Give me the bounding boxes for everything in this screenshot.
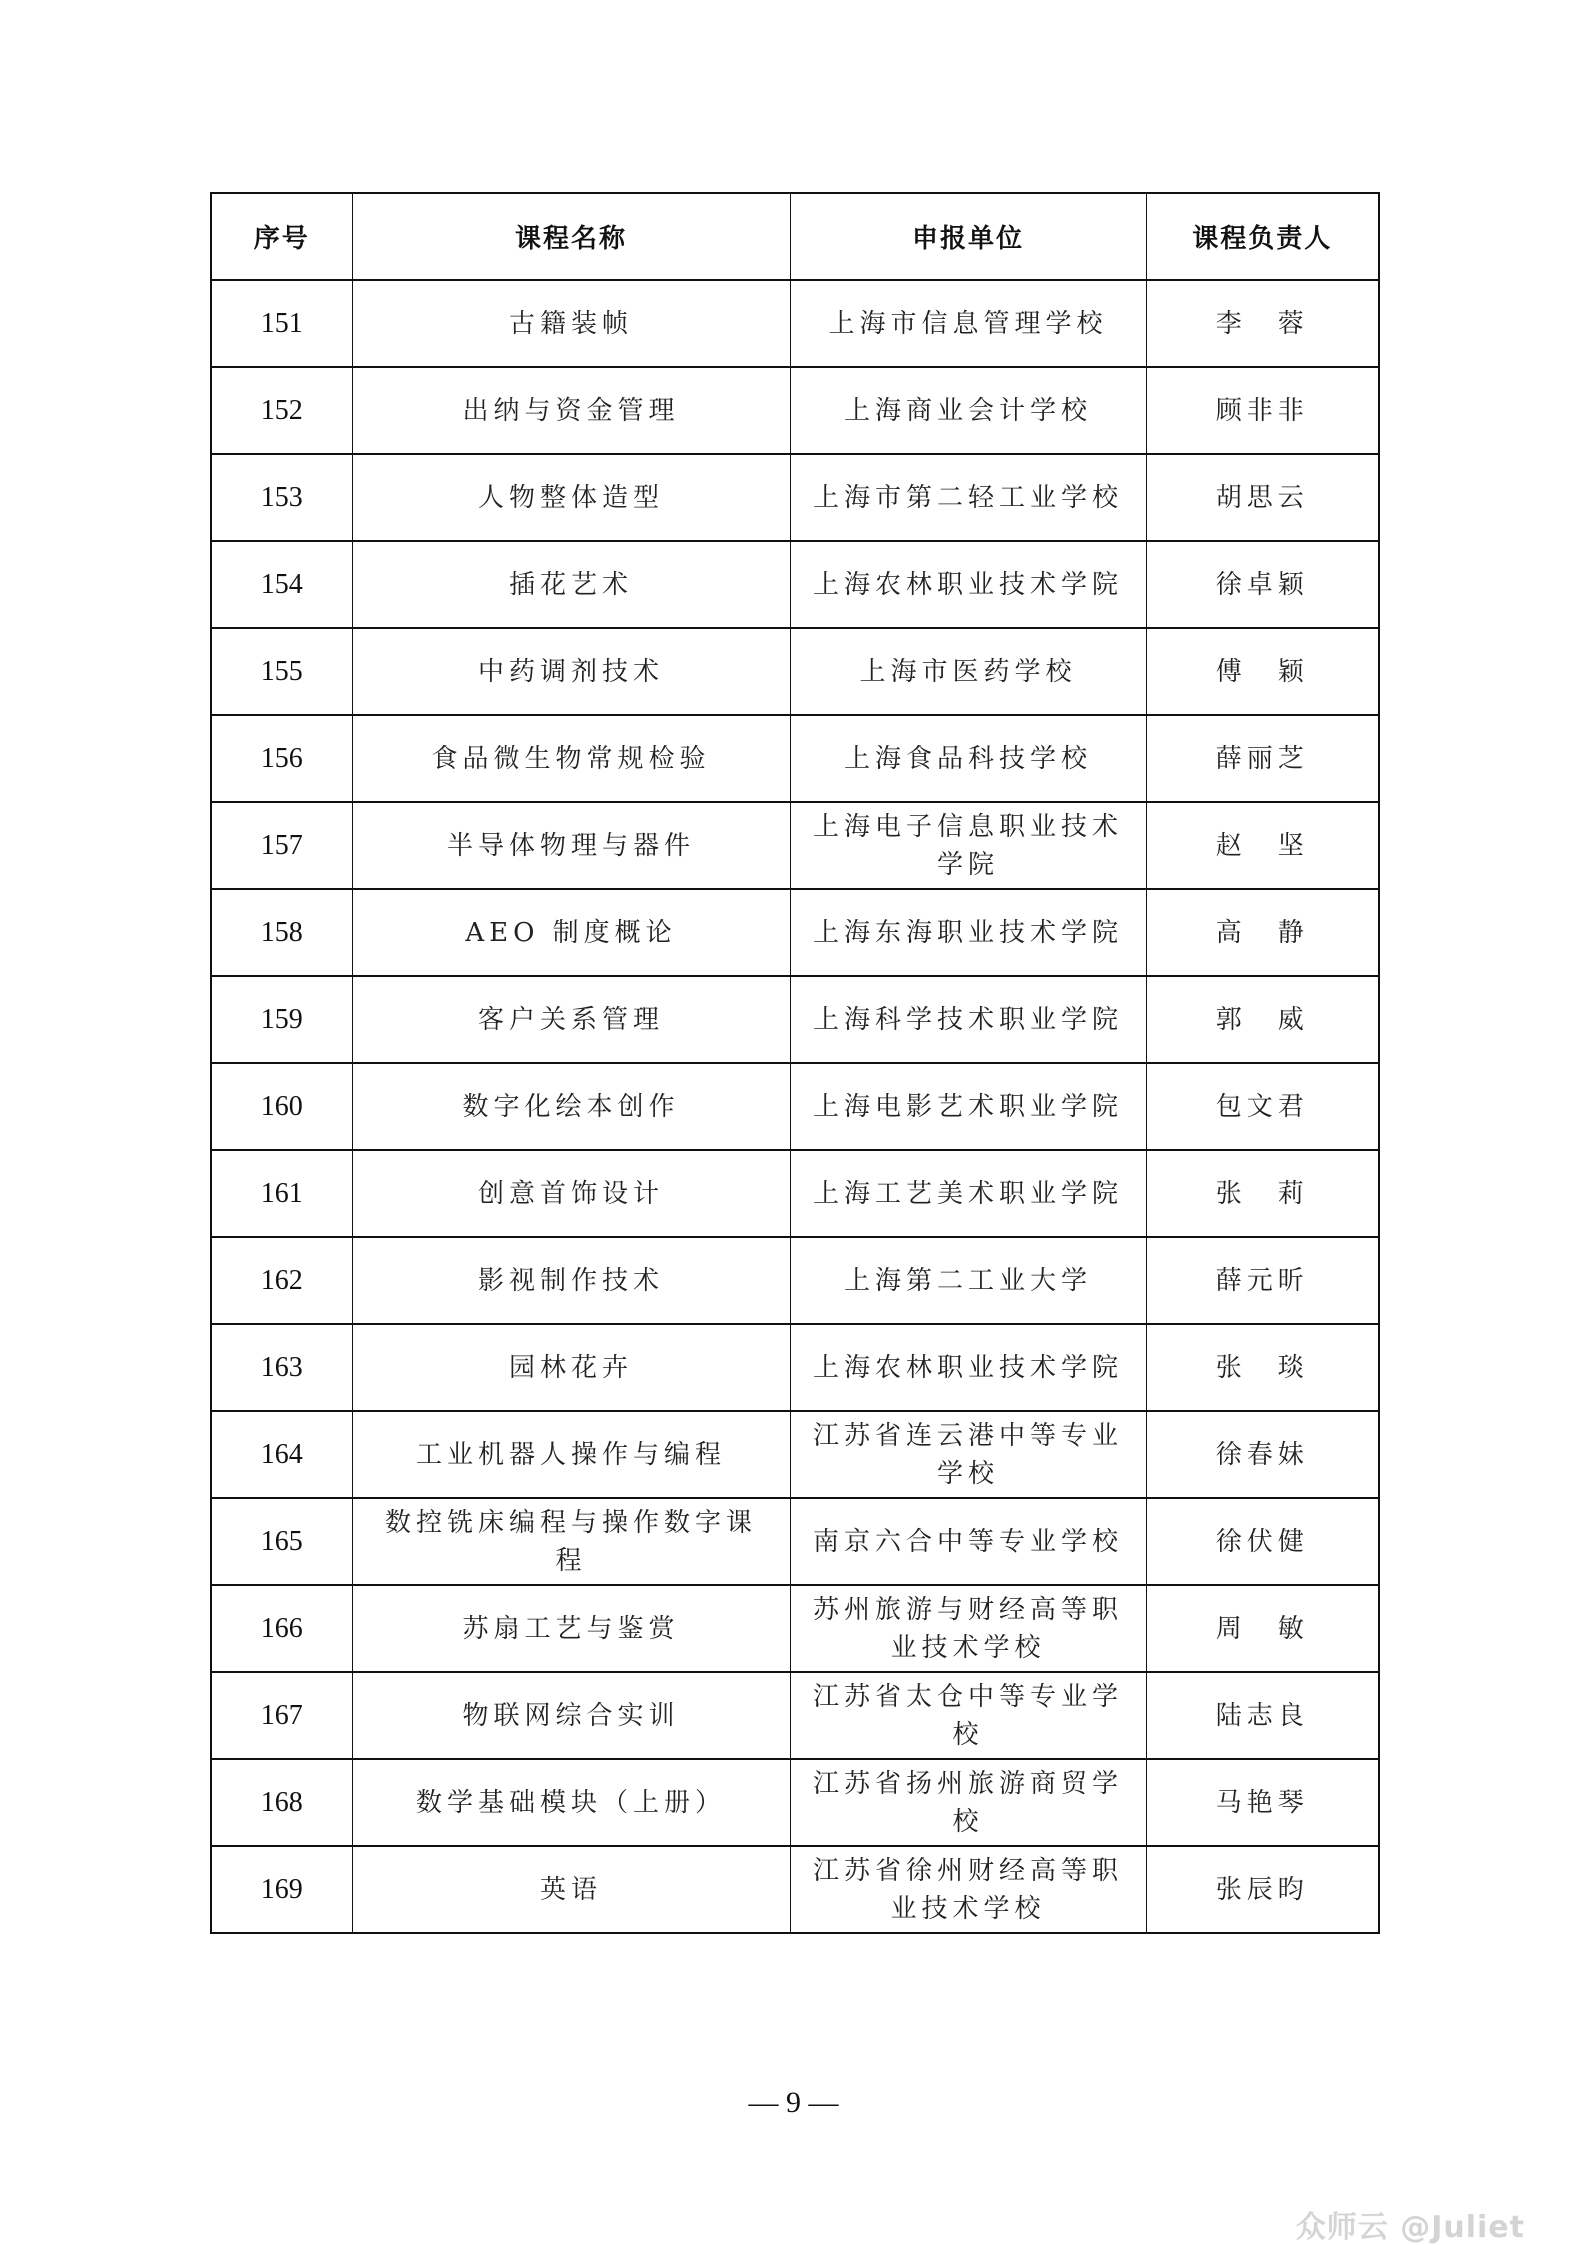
- cell-course-name: 工业机器人操作与编程: [352, 1411, 790, 1498]
- cell-course-name: 创意首饰设计: [352, 1150, 790, 1237]
- cell-course-name: 客户关系管理: [352, 976, 790, 1063]
- cell-number: 159: [211, 976, 352, 1063]
- table-row: 152出纳与资金管理上海商业会计学校顾非非: [211, 367, 1379, 454]
- cell-number: 154: [211, 541, 352, 628]
- cell-course-name: 英语: [352, 1846, 790, 1933]
- cell-applicant-unit: 上海市信息管理学校: [790, 280, 1146, 367]
- cell-course-lead: 赵 坚: [1146, 802, 1379, 889]
- cell-applicant-unit: 上海电子信息职业技术学院: [790, 802, 1146, 889]
- cell-course-name: 半导体物理与器件: [352, 802, 790, 889]
- table-row: 161创意首饰设计上海工艺美术职业学院张 莉: [211, 1150, 1379, 1237]
- cell-applicant-unit: 上海商业会计学校: [790, 367, 1146, 454]
- cell-applicant-unit: 上海农林职业技术学院: [790, 1324, 1146, 1411]
- cell-number: 156: [211, 715, 352, 802]
- table-row: 159客户关系管理上海科学技术职业学院郭 威: [211, 976, 1379, 1063]
- cell-number: 153: [211, 454, 352, 541]
- cell-number: 166: [211, 1585, 352, 1672]
- header-applicant-unit: 申报单位: [790, 193, 1146, 280]
- table-row: 157半导体物理与器件上海电子信息职业技术学院赵 坚: [211, 802, 1379, 889]
- cell-applicant-unit: 上海农林职业技术学院: [790, 541, 1146, 628]
- cell-applicant-unit: 南京六合中等专业学校: [790, 1498, 1146, 1585]
- cell-course-name: 插花艺术: [352, 541, 790, 628]
- table-row: 169英语江苏省徐州财经高等职业技术学校张辰昀: [211, 1846, 1379, 1933]
- cell-number: 158: [211, 889, 352, 976]
- table-row: 158AEO 制度概论上海东海职业技术学院高 静: [211, 889, 1379, 976]
- cell-number: 169: [211, 1846, 352, 1933]
- table-row: 167物联网综合实训江苏省太仓中等专业学校陆志良: [211, 1672, 1379, 1759]
- cell-course-lead: 薛元昕: [1146, 1237, 1379, 1324]
- table-header-row: 序号 课程名称 申报单位 课程负责人: [211, 193, 1379, 280]
- cell-number: 167: [211, 1672, 352, 1759]
- cell-applicant-unit: 江苏省徐州财经高等职业技术学校: [790, 1846, 1146, 1933]
- cell-number: 160: [211, 1063, 352, 1150]
- cell-course-name: 园林花卉: [352, 1324, 790, 1411]
- cell-applicant-unit: 上海东海职业技术学院: [790, 889, 1146, 976]
- header-number: 序号: [211, 193, 352, 280]
- cell-course-name: 数学基础模块（上册）: [352, 1759, 790, 1846]
- watermark: 众师云 @Juliet: [1296, 2202, 1525, 2245]
- cell-applicant-unit: 上海工艺美术职业学院: [790, 1150, 1146, 1237]
- cell-applicant-unit: 江苏省扬州旅游商贸学校: [790, 1759, 1146, 1846]
- table-row: 154插花艺术上海农林职业技术学院徐卓颖: [211, 541, 1379, 628]
- cell-course-name: 影视制作技术: [352, 1237, 790, 1324]
- cell-course-lead: 胡思云: [1146, 454, 1379, 541]
- cell-course-lead: 周 敏: [1146, 1585, 1379, 1672]
- cell-applicant-unit: 上海市医药学校: [790, 628, 1146, 715]
- cell-course-lead: 顾非非: [1146, 367, 1379, 454]
- cell-number: 161: [211, 1150, 352, 1237]
- cell-course-lead: 张辰昀: [1146, 1846, 1379, 1933]
- cell-number: 151: [211, 280, 352, 367]
- cell-applicant-unit: 江苏省太仓中等专业学校: [790, 1672, 1146, 1759]
- table-body: 151古籍装帧上海市信息管理学校李 蓉152出纳与资金管理上海商业会计学校顾非非…: [211, 280, 1379, 1933]
- table-row: 162影视制作技术上海第二工业大学薛元昕: [211, 1237, 1379, 1324]
- cell-course-lead: 薛丽芝: [1146, 715, 1379, 802]
- table-row: 151古籍装帧上海市信息管理学校李 蓉: [211, 280, 1379, 367]
- cell-course-name: 物联网综合实训: [352, 1672, 790, 1759]
- cell-applicant-unit: 苏州旅游与财经高等职业技术学校: [790, 1585, 1146, 1672]
- cell-number: 152: [211, 367, 352, 454]
- cell-course-lead: 傅 颖: [1146, 628, 1379, 715]
- cell-course-lead: 高 静: [1146, 889, 1379, 976]
- header-course-name: 课程名称: [352, 193, 790, 280]
- cell-course-lead: 徐卓颖: [1146, 541, 1379, 628]
- table-row: 165数控铣床编程与操作数字课程南京六合中等专业学校徐伏健: [211, 1498, 1379, 1585]
- cell-number: 155: [211, 628, 352, 715]
- course-table: 序号 课程名称 申报单位 课程负责人 151古籍装帧上海市信息管理学校李 蓉15…: [210, 192, 1380, 1934]
- cell-course-name: 苏扇工艺与鉴赏: [352, 1585, 790, 1672]
- cell-number: 164: [211, 1411, 352, 1498]
- cell-course-lead: 陆志良: [1146, 1672, 1379, 1759]
- cell-course-name: 数字化绘本创作: [352, 1063, 790, 1150]
- cell-course-lead: 包文君: [1146, 1063, 1379, 1150]
- cell-applicant-unit: 上海科学技术职业学院: [790, 976, 1146, 1063]
- cell-course-lead: 张 琰: [1146, 1324, 1379, 1411]
- cell-applicant-unit: 上海第二工业大学: [790, 1237, 1146, 1324]
- table-row: 164工业机器人操作与编程江苏省连云港中等专业学校徐春妹: [211, 1411, 1379, 1498]
- cell-applicant-unit: 江苏省连云港中等专业学校: [790, 1411, 1146, 1498]
- cell-applicant-unit: 上海市第二轻工业学校: [790, 454, 1146, 541]
- cell-course-lead: 张 莉: [1146, 1150, 1379, 1237]
- table-row: 163园林花卉上海农林职业技术学院张 琰: [211, 1324, 1379, 1411]
- cell-course-name: 数控铣床编程与操作数字课程: [352, 1498, 790, 1585]
- table-row: 160数字化绘本创作上海电影艺术职业学院包文君: [211, 1063, 1379, 1150]
- cell-course-lead: 郭 威: [1146, 976, 1379, 1063]
- table-row: 155中药调剂技术上海市医药学校傅 颖: [211, 628, 1379, 715]
- table-row: 153人物整体造型上海市第二轻工业学校胡思云: [211, 454, 1379, 541]
- cell-applicant-unit: 上海食品科技学校: [790, 715, 1146, 802]
- cell-number: 168: [211, 1759, 352, 1846]
- cell-applicant-unit: 上海电影艺术职业学院: [790, 1063, 1146, 1150]
- cell-course-lead: 马艳琴: [1146, 1759, 1379, 1846]
- cell-course-name: 出纳与资金管理: [352, 367, 790, 454]
- table-row: 166苏扇工艺与鉴赏苏州旅游与财经高等职业技术学校周 敏: [211, 1585, 1379, 1672]
- cell-course-name: AEO 制度概论: [352, 889, 790, 976]
- cell-course-lead: 徐春妹: [1146, 1411, 1379, 1498]
- cell-course-name: 古籍装帧: [352, 280, 790, 367]
- header-course-lead: 课程负责人: [1146, 193, 1379, 280]
- cell-course-name: 人物整体造型: [352, 454, 790, 541]
- cell-course-name: 中药调剂技术: [352, 628, 790, 715]
- table-row: 168数学基础模块（上册）江苏省扬州旅游商贸学校马艳琴: [211, 1759, 1379, 1846]
- page-number: — 9 —: [0, 2086, 1587, 2120]
- table-row: 156食品微生物常规检验上海食品科技学校薛丽芝: [211, 715, 1379, 802]
- cell-course-lead: 徐伏健: [1146, 1498, 1379, 1585]
- cell-number: 165: [211, 1498, 352, 1585]
- cell-number: 162: [211, 1237, 352, 1324]
- cell-course-lead: 李 蓉: [1146, 280, 1379, 367]
- cell-course-name: 食品微生物常规检验: [352, 715, 790, 802]
- cell-number: 163: [211, 1324, 352, 1411]
- cell-number: 157: [211, 802, 352, 889]
